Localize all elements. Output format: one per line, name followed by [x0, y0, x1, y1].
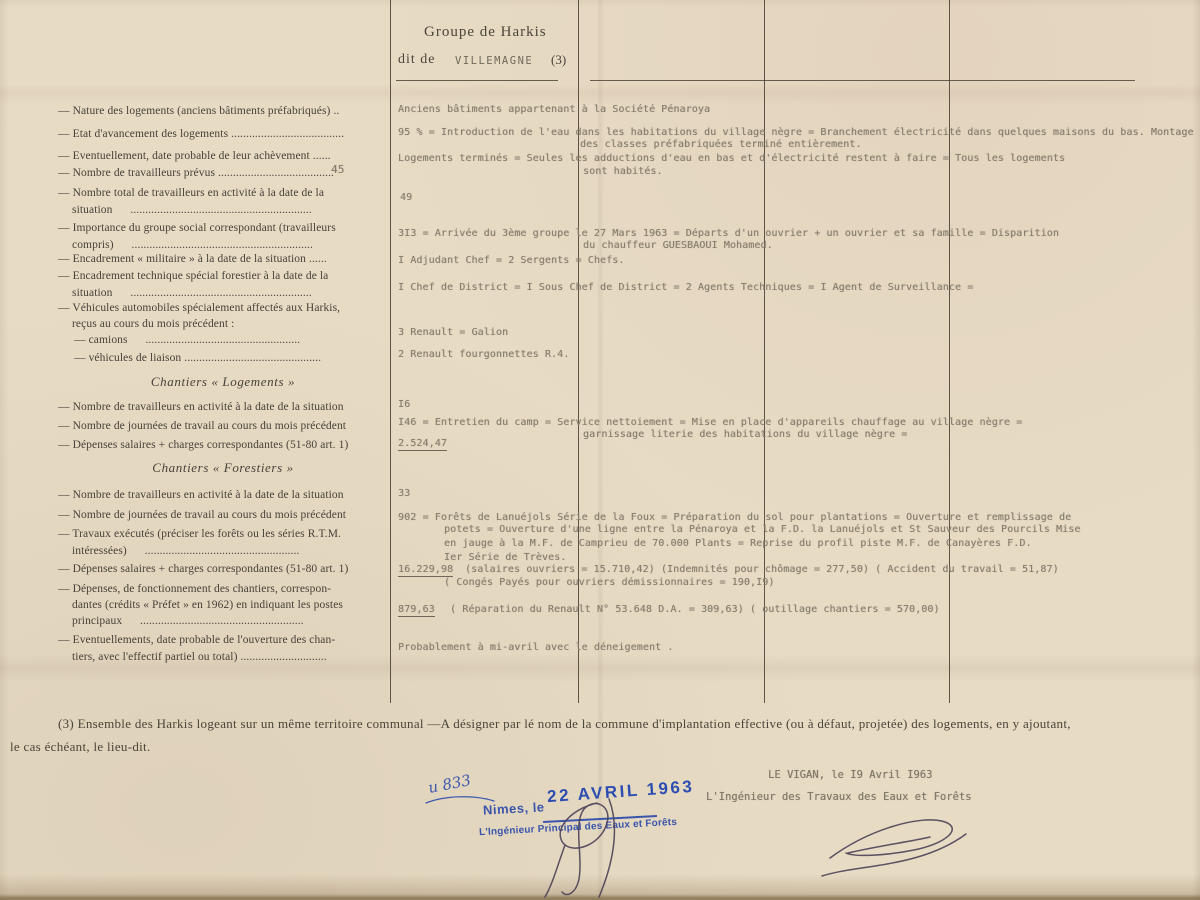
form-label-line: — camions ..............................… [74, 333, 300, 347]
typed-answer-line: 2 Renault fourgonnettes R.4. [398, 349, 569, 360]
form-label-line: — Nature des logements (anciens bâtiment… [58, 104, 339, 118]
form-label-line: — Encadrement « militaire » à la date de… [58, 252, 327, 266]
typed-answer-line: des classes préfabriquées terminé entièr… [580, 139, 862, 150]
page-title: Groupe de Harkis [424, 24, 547, 41]
form-label-line: — Nombre de travailleurs prévus ........… [58, 166, 334, 180]
form-label-line: — Dépenses salaires + charges correspond… [58, 438, 348, 452]
form-label-line: — Etat d'avancement des logements ......… [58, 127, 344, 141]
typed-answer-line: Probablement à mi-avril avec le déneigem… [398, 642, 673, 653]
right-signature [818, 812, 973, 892]
form-label-line: — Nombre de journées de travail au cours… [58, 419, 346, 433]
form-label-line: reçus au cours du mois précédent : [72, 317, 234, 331]
typed-answer-line: garnissage literie des habitations du vi… [583, 429, 907, 440]
header-rule-left [396, 80, 558, 81]
form-label-line: — Véhicules automobiles spécialement aff… [58, 301, 340, 315]
footnote-line: le cas échéant, le lieu-dit. [10, 739, 151, 755]
form-label-line: — Nombre de journées de travail au cours… [58, 508, 346, 522]
form-label-line: — Importance du groupe social correspond… [58, 221, 336, 235]
commune-prefix: dit de [398, 52, 436, 68]
typed-amount-salaires: 16.229,98 [398, 564, 453, 577]
form-label-line: — Eventuellement, date probable de leur … [58, 149, 331, 163]
typed-answer-line: Logements terminés = Seules les adductio… [398, 153, 1065, 164]
typed-amount-fonctionnement: 879,63 [398, 604, 435, 617]
typed-answer-line: 95 % = Introduction de l'eau dans les ha… [398, 127, 1194, 138]
form-label-line: — Eventuellements, date probable de l'ou… [58, 633, 335, 647]
form-label-line: situation ..............................… [72, 286, 312, 300]
typed-answer-line: 3I3 = Arrivée du 3ème groupe le 27 Mars … [398, 228, 1059, 239]
form-label-line: — Dépenses, de fonctionnement des chanti… [58, 582, 331, 596]
right-signer-title: L'Ingénieur des Travaux des Eaux et Forê… [706, 791, 972, 803]
typed-answer-line: sont habités. [583, 166, 663, 177]
typed-answer-line: 49 [400, 192, 412, 203]
footnote-line: (3) Ensemble des Harkis logeant sur un m… [58, 716, 1071, 732]
typed-answer-line: du chauffeur GUESBAOUI Mohamed. [583, 240, 773, 251]
header-rule-right [590, 80, 1135, 81]
typed-answer-line: I Adjudant Chef = 2 Sergents = Chefs. [398, 255, 624, 266]
column-rule-3 [764, 0, 765, 703]
typed-answer-line: Anciens bâtiments appartenant à la Socié… [398, 104, 710, 115]
commune-name: VILLEMAGNE [455, 55, 533, 67]
typed-answer-line: ( Congés Payés pour ouvriers démissionna… [444, 577, 775, 588]
form-label-line: — Nombre de travailleurs en activité à l… [58, 488, 344, 502]
section-heading-forestiers: Chantiers « Forestiers » [58, 460, 388, 476]
typed-prevus-value: 45 [331, 163, 344, 176]
section-heading-logements: Chantiers « Logements » [58, 374, 388, 390]
form-label-line: — Travaux exécutés (préciser les forêts … [58, 527, 341, 541]
typed-answer-line: Ier Série de Trèves. [444, 552, 566, 563]
form-label-line: intéressées) ...........................… [72, 544, 299, 558]
typed-answer-line: potets = Ouverture d'une ligne entre la … [444, 524, 1081, 535]
form-label-line: compris) ...............................… [72, 238, 313, 252]
left-signature [535, 793, 670, 900]
typed-answer-line: I46 = Entretien du camp = Service nettoi… [398, 417, 1022, 428]
typed-answer-line: 902 = Forêts de Lanuéjols Série de la Fo… [398, 512, 1071, 523]
typed-answer-line: ( Réparation du Renault N° 53.648 D.A. =… [450, 604, 940, 615]
form-label-line: — véhicules de liaison .................… [74, 351, 321, 365]
typed-amount-logements: 2.524,47 [398, 438, 447, 451]
typed-answer-line: en jauge à la M.F. de Camprieu de 70.000… [444, 538, 1032, 549]
form-label-line: — Nombre de travailleurs en activité à l… [58, 400, 344, 414]
scanned-form-page: Groupe de Harkis dit de VILLEMAGNE (3) —… [0, 0, 1200, 900]
typed-answer-line: (salaires ouvriers = 15.710,42) (Indemni… [465, 564, 1059, 575]
typed-answer-line: 33 [398, 488, 410, 499]
typed-answer-line: I Chef de District = I Sous Chef de Dist… [398, 282, 973, 293]
form-label-line: principaux .............................… [72, 614, 304, 628]
footnote-reference: (3) [551, 52, 566, 68]
typed-answer-line: 3 Renault = Galion [398, 327, 508, 338]
column-rule-4 [949, 0, 950, 703]
right-place-date: LE VIGAN, le I9 Avril I963 [768, 769, 932, 781]
column-rule-1 [390, 0, 391, 703]
form-label-line: — Dépenses salaires + charges correspond… [58, 562, 348, 576]
typed-answer-line: I6 [398, 399, 410, 410]
form-label-line: — Encadrement technique spécial forestie… [58, 269, 328, 283]
form-label-line: — Nombre total de travailleurs en activi… [58, 186, 324, 200]
form-label-line: tiers, avec l'effectif partiel ou total)… [72, 650, 327, 664]
form-label-line: situation ..............................… [72, 203, 312, 217]
form-label-line: dantes (crédits « Préfet » en 1962) en i… [72, 598, 343, 612]
